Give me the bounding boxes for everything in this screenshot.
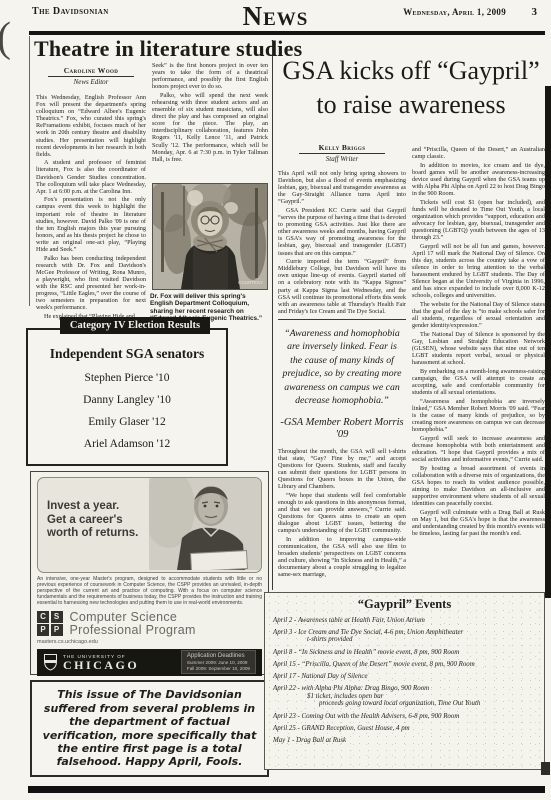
- article-paragraph: The website for the National Day of Sile…: [412, 301, 545, 329]
- application-deadlines: Application Deadlines Summer 2009: June …: [181, 650, 256, 674]
- april-fools-notice-box: This issue of The Davidsonian suffered f…: [30, 680, 269, 777]
- left-article-column-1: This Wednesday, English Professor Ann Fo…: [36, 94, 146, 334]
- article-paragraph: In addition to movies, ice cream and tie…: [412, 162, 545, 197]
- scan-edge-strip: [545, 86, 551, 598]
- byline-role: News Editor: [36, 78, 146, 86]
- event-line: t-shirts provided: [307, 636, 536, 644]
- article-paragraph: By embarking on a month-long awareness-r…: [412, 368, 545, 396]
- article-paragraph: GSA President KC Currie said that Gaypri…: [278, 207, 406, 257]
- article-paragraph: Throughout the month, the GSA will sell …: [278, 448, 406, 491]
- pull-quote: “Awareness and homophobia are inversely …: [278, 319, 406, 443]
- pull-quote-attribution: -GSA Member Robert Morris '09: [280, 417, 404, 441]
- uchicago-cspp-ad: Invest a year. Get a career's worth of r…: [30, 471, 269, 675]
- event-line: April 15 - “Priscilla, Queen of the Dese…: [273, 661, 536, 669]
- event-line: April 3 - Ice Cream and Tie Dye Social, …: [273, 629, 536, 637]
- ad-headline-line: worth of returns.: [47, 527, 138, 541]
- election-subtitle: Independent SGA senators: [28, 346, 226, 362]
- scan-hairline: [29, 36, 30, 306]
- event-line: April 22 - with Alpha Phi Alpha: Drag Bi…: [273, 685, 536, 693]
- scan-edge-mark: [541, 762, 550, 775]
- left-article-headline: Theatre in literature studies: [34, 36, 270, 62]
- gsa-headline-line: to raise awareness: [276, 88, 546, 122]
- event-line: April 17 - National Day of Silence: [273, 673, 536, 681]
- ad-student-photo: [149, 478, 261, 570]
- cspp-logo-letter: C: [37, 611, 49, 623]
- article-paragraph: This April will not only bring spring sh…: [278, 170, 406, 205]
- events-box-title: “Gaypril” Events: [273, 597, 536, 612]
- ad-headline-line: Invest a year.: [47, 500, 138, 514]
- page-number: 3: [532, 6, 538, 18]
- program-name-line: Computer Science: [70, 611, 196, 624]
- event-line: $1 ticket, includes open bar: [307, 693, 536, 701]
- article-paragraph: The National Day of Silence is sponsored…: [412, 331, 545, 366]
- byline-author: Kelly Briggs: [278, 143, 406, 152]
- masthead-date: Wednesday, April 1, 2009: [403, 7, 506, 17]
- article-paragraph: Fox's presentation is not the only campu…: [36, 196, 146, 253]
- cspp-logo-row: C S P P Computer Science Professional Pr…: [37, 611, 262, 637]
- gsa-article-column-2: and “Priscilla, Queen of the Desert,” an…: [412, 146, 545, 590]
- program-name: Computer Science Professional Program: [70, 611, 196, 637]
- election-results-box: Independent SGA senators Stephen Pierce …: [26, 328, 228, 466]
- article-paragraph: Gaypril will culminate with a Drag Ball …: [412, 509, 545, 537]
- article-paragraph: Palko has been conducting independent re…: [36, 255, 146, 312]
- masthead-rule: [29, 31, 545, 35]
- cspp-logo: C S P P: [37, 611, 63, 637]
- article-paragraph: Gaypril will seek to increase awareness …: [412, 435, 545, 463]
- byline-author: Caroline Wood: [36, 66, 146, 75]
- column-divider: [272, 40, 273, 590]
- senator-name: Ariel Adamson '12: [28, 438, 226, 450]
- ad-body-text: An intensive, one-year Master's program,…: [37, 577, 262, 607]
- ad-headline-line: Get a career's: [47, 514, 138, 528]
- article-paragraph: By hosting a broad assortment of events …: [412, 465, 545, 508]
- event-line: April 23 - Coming Out with the Health Ad…: [273, 713, 536, 721]
- article-paragraph: A student and professor of feminist lite…: [36, 159, 146, 194]
- gaypril-events-box: “Gaypril” Events April 2 - Awareness tab…: [264, 592, 545, 770]
- event-line: April 8 - “In Sickness and in Health” mo…: [273, 649, 536, 657]
- dr-fox-photo-illustration: COURTESY: [153, 184, 267, 289]
- article-paragraph: “Awareness and homophobia are inversely …: [412, 398, 545, 433]
- ad-headline: Invest a year. Get a career's worth of r…: [47, 500, 138, 541]
- ad-hero: Invest a year. Get a career's worth of r…: [37, 477, 262, 573]
- ad-url: masters.cs.uchicago.edu: [37, 639, 262, 645]
- april-fools-notice-text: This issue of The Davidsonian suffered f…: [36, 688, 263, 768]
- uchicago-wordmark: The University of CHICAGO: [63, 654, 139, 671]
- article-paragraph: Tickets will cost $1 (open bar included)…: [412, 199, 545, 242]
- article-paragraph: Currie imported the term “Gaypril” from …: [278, 258, 406, 315]
- newspaper-page: The Davidsonian News Wednesday, April 1,…: [0, 0, 551, 800]
- election-box-title: Category IV Election Results: [60, 317, 210, 334]
- dr-fox-photo: COURTESY: [152, 183, 268, 290]
- byline-rule: [48, 76, 134, 77]
- byline-role: Staff Writer: [278, 155, 406, 163]
- deadline-line: Fall 2009: September 10, 2009: [187, 666, 250, 671]
- cspp-logo-letter: P: [37, 624, 49, 636]
- article-paragraph: In addition to improving campus-wide com…: [278, 536, 406, 579]
- article-paragraph: and “Priscilla, Queen of the Desert,” an…: [412, 146, 545, 160]
- article-paragraph: Palko, who will spend the next week rehe…: [152, 92, 268, 163]
- left-article-byline: Caroline Wood News Editor: [36, 66, 146, 86]
- article-paragraph: This Wednesday, English Professor Ann Fo…: [36, 94, 146, 158]
- deadline-line: Summer 2009: June 10, 2009: [187, 660, 250, 665]
- gsa-article-column-1: This April will not only bring spring sh…: [278, 170, 406, 590]
- gsa-article-byline: Kelly Briggs Staff Writer: [278, 143, 406, 163]
- article-paragraph: Seek” is the first honors project in ove…: [152, 62, 268, 90]
- gsa-article-headline: GSA kicks off “Gaypril” to raise awarene…: [276, 54, 546, 122]
- deadlines-title: Application Deadlines: [187, 653, 250, 659]
- left-article-column-2: Seek” is the first honors project in ove…: [152, 62, 268, 182]
- article-paragraph: “We hope that students will feel comfort…: [278, 492, 406, 535]
- senator-name: Danny Langley '10: [28, 394, 226, 406]
- uchicago-bar: The University of CHICAGO Application De…: [37, 649, 262, 676]
- cspp-logo-letter: P: [51, 624, 63, 636]
- event-line: proceeds going toward local organization…: [319, 700, 536, 708]
- article-paragraph: Gaypril will not be all fun and games, h…: [412, 243, 545, 300]
- program-name-line: Professional Program: [70, 624, 196, 637]
- senator-name: Stephen Pierce '10: [28, 372, 226, 384]
- uchicago-wordmark-big: CHICAGO: [63, 659, 139, 671]
- pull-quote-text: “Awareness and homophobia are inversely …: [280, 327, 404, 408]
- scan-fold-mark: (: [0, 14, 11, 62]
- uchicago-shield-icon: [43, 653, 58, 671]
- photo-credit: COURTESY: [238, 280, 263, 285]
- gsa-headline-line: GSA kicks off “Gaypril”: [276, 54, 546, 88]
- scan-bottom-bar: [28, 786, 545, 793]
- senator-name: Emily Glaser '12: [28, 416, 226, 428]
- byline-rule: [299, 153, 385, 154]
- event-line: April 25 - GRAND Reception, Guest House,…: [273, 725, 536, 733]
- cspp-logo-letter: S: [51, 611, 63, 623]
- event-line: May 1 - Drag Ball at Rusk: [273, 737, 536, 745]
- event-line: April 2 - Awareness table at Health Fair…: [273, 617, 536, 625]
